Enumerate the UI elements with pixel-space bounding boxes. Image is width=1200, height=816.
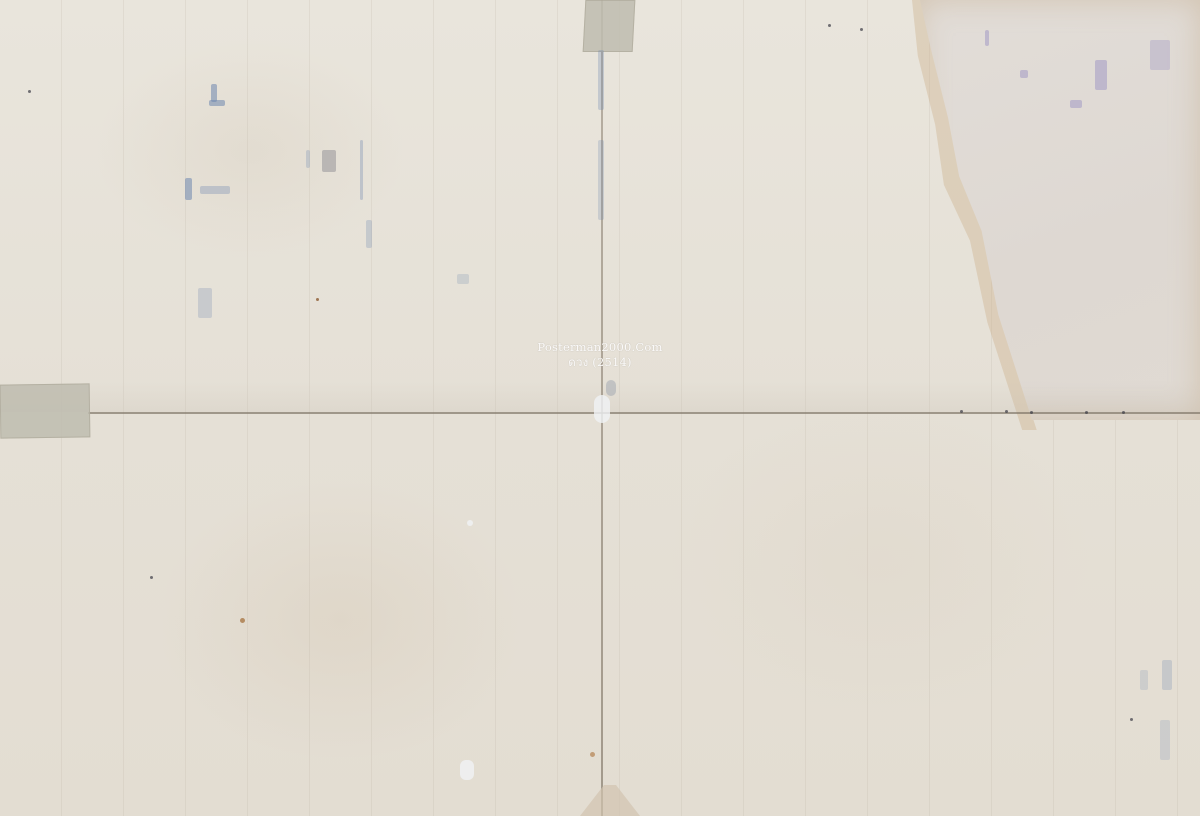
speck (960, 410, 963, 413)
tape-piece-top (583, 0, 636, 52)
ink-mark (306, 150, 310, 168)
watermark-title: ดวง (2514) (530, 355, 670, 370)
ink-mark (198, 288, 212, 318)
ink-mark (457, 274, 469, 284)
ink-mark (1150, 40, 1170, 70)
tape-piece-left (0, 383, 90, 438)
scuff-mark (460, 760, 474, 780)
speck (1085, 411, 1088, 414)
poster-back: Posterman2000.Com ดวง (2514) (0, 0, 1200, 816)
ink-mark (360, 140, 363, 200)
watermark: Posterman2000.Com ดวง (2514) (530, 340, 670, 370)
speck (1005, 410, 1008, 413)
watermark-site: Posterman2000.Com (530, 340, 670, 355)
ink-mark (1095, 60, 1107, 90)
ink-mark (1020, 70, 1028, 78)
speck (590, 752, 595, 757)
ink-mark (366, 220, 372, 248)
scuff-mark (467, 520, 473, 526)
ink-mark (209, 100, 225, 106)
speck (316, 298, 319, 301)
speck (1122, 411, 1125, 414)
ink-mark (598, 50, 604, 110)
speck (240, 618, 245, 623)
speck (1030, 411, 1033, 414)
speck (150, 576, 153, 579)
ink-mark (1140, 670, 1148, 690)
scuff-mark (594, 395, 610, 423)
speck (1130, 718, 1133, 721)
horizontal-fold-line (88, 412, 1200, 414)
speck (28, 90, 31, 93)
ink-mark (322, 150, 336, 172)
speck (828, 24, 831, 27)
scuff-mark (606, 380, 616, 396)
ink-mark (200, 186, 230, 194)
ink-mark (598, 140, 604, 220)
ink-mark (1162, 660, 1172, 690)
ink-mark (985, 30, 989, 46)
ink-mark (185, 178, 192, 200)
ink-mark (1160, 720, 1170, 760)
speck (860, 28, 863, 31)
ink-mark (1070, 100, 1082, 108)
